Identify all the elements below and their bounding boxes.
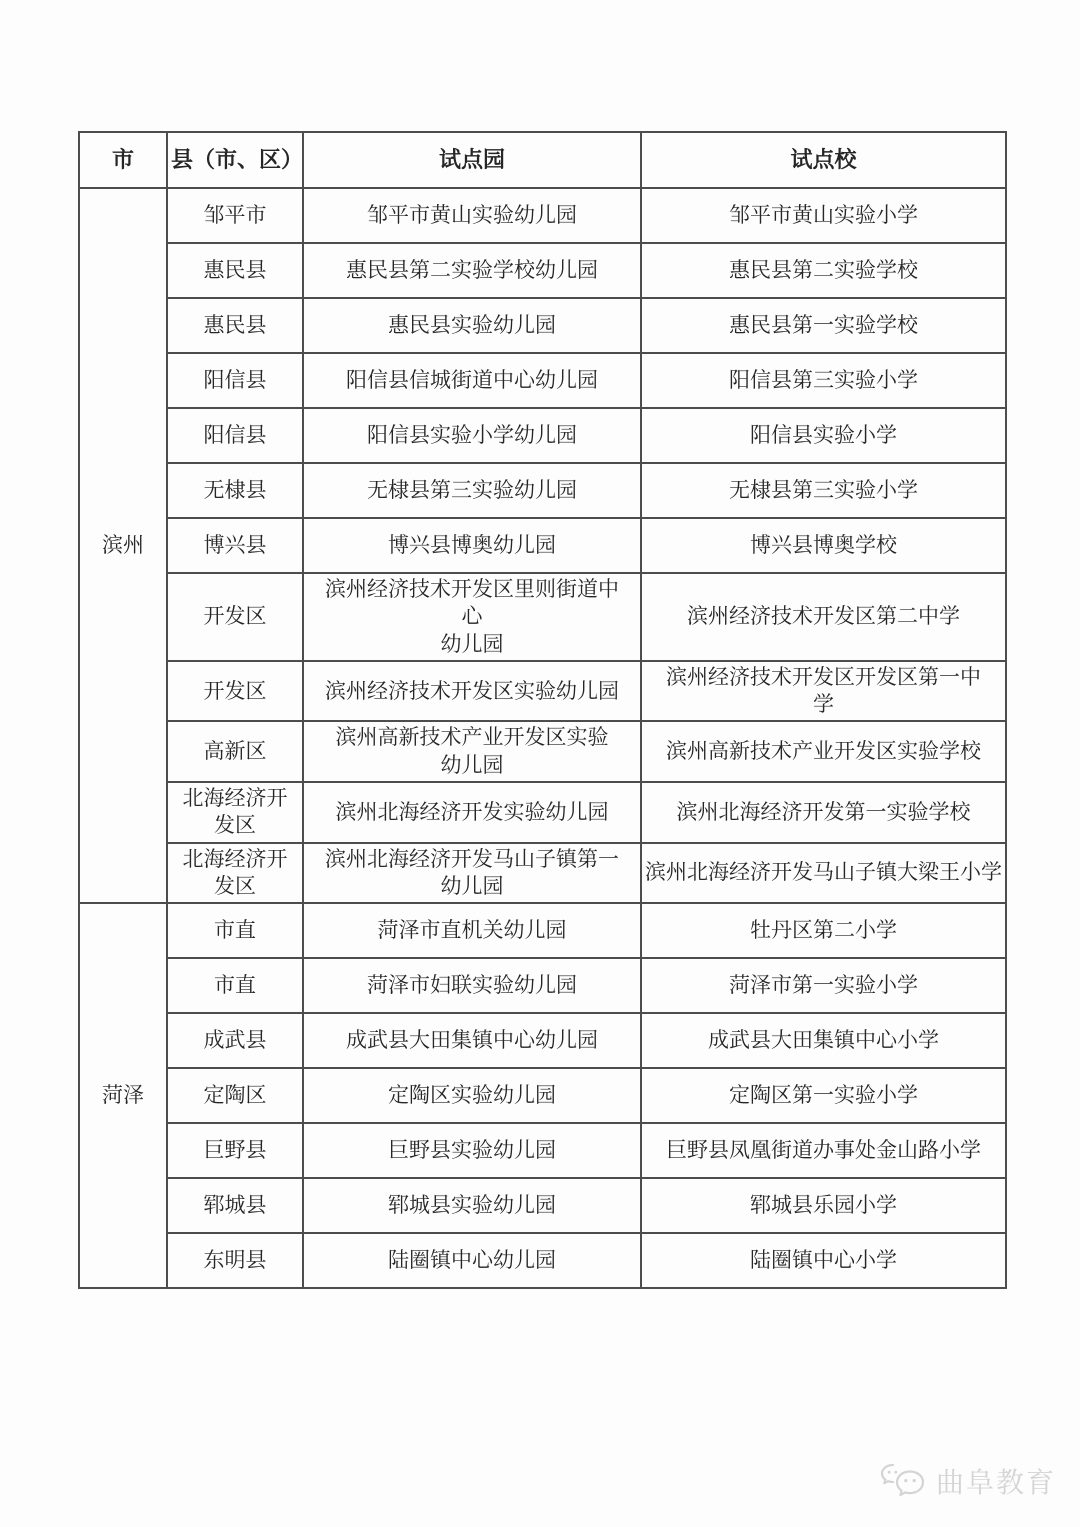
kindergarten-cell: 陆圈镇中心幼儿园: [303, 1233, 641, 1288]
county-cell: 东明县: [167, 1233, 303, 1288]
kindergarten-cell: 定陶区实验幼儿园: [303, 1068, 641, 1123]
school-cell: 惠民县第一实验学校: [641, 298, 1006, 353]
county-cell: 阳信县: [167, 353, 303, 408]
school-cell: 定陶区第一实验小学: [641, 1068, 1006, 1123]
table-row: 博兴县 博兴县博奥幼儿园 博兴县博奥学校: [79, 518, 1006, 573]
kindergarten-cell: 阳信县实验小学幼儿园: [303, 408, 641, 463]
header-county: 县（市、区）: [167, 132, 303, 188]
school-cell: 滨州高新技术产业开发区实验学校: [641, 721, 1006, 782]
wechat-icon: [879, 1462, 929, 1500]
city-cell: 菏泽: [79, 903, 167, 1288]
table-row: 惠民县 惠民县第二实验学校幼儿园 惠民县第二实验学校: [79, 243, 1006, 298]
school-cell: 郓城县乐园小学: [641, 1178, 1006, 1233]
table-row: 惠民县 惠民县实验幼儿园 惠民县第一实验学校: [79, 298, 1006, 353]
watermark: 曲阜教育: [879, 1461, 1056, 1501]
table-row: 成武县 成武县大田集镇中心幼儿园 成武县大田集镇中心小学: [79, 1013, 1006, 1068]
table-row: 北海经济开 发区 滨州北海经济开发马山子镇第一 幼儿园 滨州北海经济开发马山子镇…: [79, 843, 1006, 904]
table-row: 滨州 邹平市 邹平市黄山实验幼儿园 邹平市黄山实验小学: [79, 188, 1006, 243]
table-row: 菏泽 市直 菏泽市直机关幼儿园 牡丹区第二小学: [79, 903, 1006, 958]
school-cell: 无棣县第三实验小学: [641, 463, 1006, 518]
kindergarten-cell: 滨州北海经济开发实验幼儿园: [303, 782, 641, 843]
kindergarten-cell: 阳信县信城街道中心幼儿园: [303, 353, 641, 408]
table-row: 定陶区 定陶区实验幼儿园 定陶区第一实验小学: [79, 1068, 1006, 1123]
document-page: 市 县（市、区） 试点园 试点校 滨州 邹平市 邹平市黄山实验幼儿园 邹平市黄山…: [0, 0, 1080, 1527]
county-cell: 定陶区: [167, 1068, 303, 1123]
table-row: 无棣县 无棣县第三实验幼儿园 无棣县第三实验小学: [79, 463, 1006, 518]
table-row: 开发区 滨州经济技术开发区里则街道中 心 幼儿园 滨州经济技术开发区第二中学: [79, 573, 1006, 661]
table-row: 高新区 滨州高新技术产业开发区实验 幼儿园 滨州高新技术产业开发区实验学校: [79, 721, 1006, 782]
header-school: 试点校: [641, 132, 1006, 188]
school-cell: 成武县大田集镇中心小学: [641, 1013, 1006, 1068]
school-cell: 邹平市黄山实验小学: [641, 188, 1006, 243]
school-cell: 滨州北海经济开发第一实验学校: [641, 782, 1006, 843]
county-cell: 阳信县: [167, 408, 303, 463]
county-cell: 博兴县: [167, 518, 303, 573]
header-kindergarten: 试点园: [303, 132, 641, 188]
table-row: 北海经济开 发区 滨州北海经济开发实验幼儿园 滨州北海经济开发第一实验学校: [79, 782, 1006, 843]
table-header-row: 市 县（市、区） 试点园 试点校: [79, 132, 1006, 188]
table-row: 郓城县 郓城县实验幼儿园 郓城县乐园小学: [79, 1178, 1006, 1233]
county-cell: 北海经济开 发区: [167, 843, 303, 904]
school-cell: 滨州经济技术开发区第二中学: [641, 573, 1006, 661]
kindergarten-cell: 郓城县实验幼儿园: [303, 1178, 641, 1233]
kindergarten-cell: 菏泽市直机关幼儿园: [303, 903, 641, 958]
kindergarten-cell: 菏泽市妇联实验幼儿园: [303, 958, 641, 1013]
kindergarten-cell: 巨野县实验幼儿园: [303, 1123, 641, 1178]
county-cell: 开发区: [167, 661, 303, 722]
county-cell: 邹平市: [167, 188, 303, 243]
city-cell: 滨州: [79, 188, 167, 903]
school-cell: 阳信县第三实验小学: [641, 353, 1006, 408]
school-cell: 阳信县实验小学: [641, 408, 1006, 463]
table-row: 阳信县 阳信县信城街道中心幼儿园 阳信县第三实验小学: [79, 353, 1006, 408]
school-cell: 陆圈镇中心小学: [641, 1233, 1006, 1288]
kindergarten-cell: 无棣县第三实验幼儿园: [303, 463, 641, 518]
header-city: 市: [79, 132, 167, 188]
kindergarten-cell: 惠民县实验幼儿园: [303, 298, 641, 353]
table-row: 东明县 陆圈镇中心幼儿园 陆圈镇中心小学: [79, 1233, 1006, 1288]
school-cell: 惠民县第二实验学校: [641, 243, 1006, 298]
school-cell: 滨州北海经济开发马山子镇大梁王小学: [641, 843, 1006, 904]
county-cell: 巨野县: [167, 1123, 303, 1178]
kindergarten-cell: 博兴县博奥幼儿园: [303, 518, 641, 573]
kindergarten-cell: 惠民县第二实验学校幼儿园: [303, 243, 641, 298]
county-cell: 市直: [167, 903, 303, 958]
county-cell: 郓城县: [167, 1178, 303, 1233]
kindergarten-cell: 成武县大田集镇中心幼儿园: [303, 1013, 641, 1068]
county-cell: 惠民县: [167, 298, 303, 353]
table-row: 阳信县 阳信县实验小学幼儿园 阳信县实验小学: [79, 408, 1006, 463]
school-cell: 牡丹区第二小学: [641, 903, 1006, 958]
school-cell: 菏泽市第一实验小学: [641, 958, 1006, 1013]
county-cell: 开发区: [167, 573, 303, 661]
watermark-text: 曲阜教育: [936, 1461, 1056, 1501]
county-cell: 高新区: [167, 721, 303, 782]
county-cell: 成武县: [167, 1013, 303, 1068]
table-row: 市直 菏泽市妇联实验幼儿园 菏泽市第一实验小学: [79, 958, 1006, 1013]
kindergarten-cell: 滨州经济技术开发区里则街道中 心 幼儿园: [303, 573, 641, 661]
table-row: 巨野县 巨野县实验幼儿园 巨野县凤凰街道办事处金山路小学: [79, 1123, 1006, 1178]
school-cell: 巨野县凤凰街道办事处金山路小学: [641, 1123, 1006, 1178]
county-cell: 无棣县: [167, 463, 303, 518]
school-cell: 博兴县博奥学校: [641, 518, 1006, 573]
table-row: 开发区 滨州经济技术开发区实验幼儿园 滨州经济技术开发区开发区第一中 学: [79, 661, 1006, 722]
kindergarten-cell: 滨州北海经济开发马山子镇第一 幼儿园: [303, 843, 641, 904]
school-cell: 滨州经济技术开发区开发区第一中 学: [641, 661, 1006, 722]
county-cell: 北海经济开 发区: [167, 782, 303, 843]
kindergarten-cell: 滨州高新技术产业开发区实验 幼儿园: [303, 721, 641, 782]
pilot-schools-table: 市 县（市、区） 试点园 试点校 滨州 邹平市 邹平市黄山实验幼儿园 邹平市黄山…: [78, 131, 1007, 1289]
county-cell: 惠民县: [167, 243, 303, 298]
kindergarten-cell: 滨州经济技术开发区实验幼儿园: [303, 661, 641, 722]
kindergarten-cell: 邹平市黄山实验幼儿园: [303, 188, 641, 243]
county-cell: 市直: [167, 958, 303, 1013]
